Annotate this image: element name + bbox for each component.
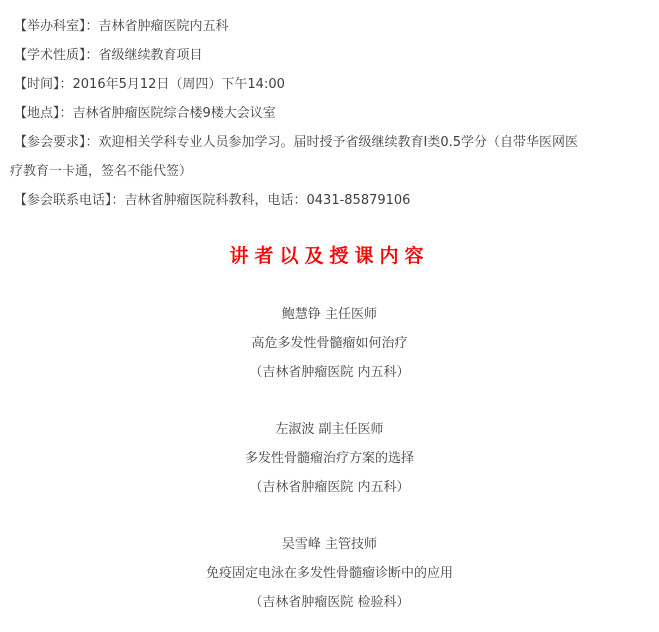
speaker-name-title: 左淑波 副主任医师 bbox=[0, 422, 659, 438]
speaker-affiliation: （吉林省肿瘤医院 内五科） bbox=[0, 480, 659, 496]
time-line: 【时间】：2016年5月12日（周四）下午14:00 bbox=[14, 77, 285, 93]
speaker-affiliation: （吉林省肿瘤医院 内五科） bbox=[0, 365, 659, 381]
nature-line: 【学术性质】：省级继续教育项目 bbox=[14, 48, 203, 64]
speaker-affiliation: （吉林省肿瘤医院 检验科） bbox=[0, 595, 659, 611]
location-line: 【地点】：吉林省肿瘤医院综合楼9楼大会议室 bbox=[14, 106, 276, 122]
requirements-line-1: 【参会要求】：欢迎相关学科专业人员参加学习。届时授予省级继续教育Ⅰ类0.5学分（… bbox=[14, 135, 578, 151]
requirements-line-2: 疗教育一卡通，签名不能代签） bbox=[10, 164, 192, 180]
organizer-line: 【举办科室】：吉林省肿瘤医院内五科 bbox=[14, 19, 229, 35]
speaker-topic: 多发性骨髓瘤治疗方案的选择 bbox=[0, 451, 659, 467]
speaker-topic: 高危多发性骨髓瘤如何治疗 bbox=[0, 336, 659, 352]
contact-line: 【参会联系电话】：吉林省肿瘤医院科教科，电话：0431-85879106 bbox=[14, 193, 410, 209]
speaker-name-title: 吴雪峰 主管技师 bbox=[0, 537, 659, 553]
speaker-name-title: 鲍慧铮 主任医师 bbox=[0, 307, 659, 323]
speaker-topic: 免疫固定电泳在多发性骨髓瘤诊断中的应用 bbox=[0, 566, 659, 582]
section-heading: 讲者以及授课内容 bbox=[0, 244, 659, 268]
